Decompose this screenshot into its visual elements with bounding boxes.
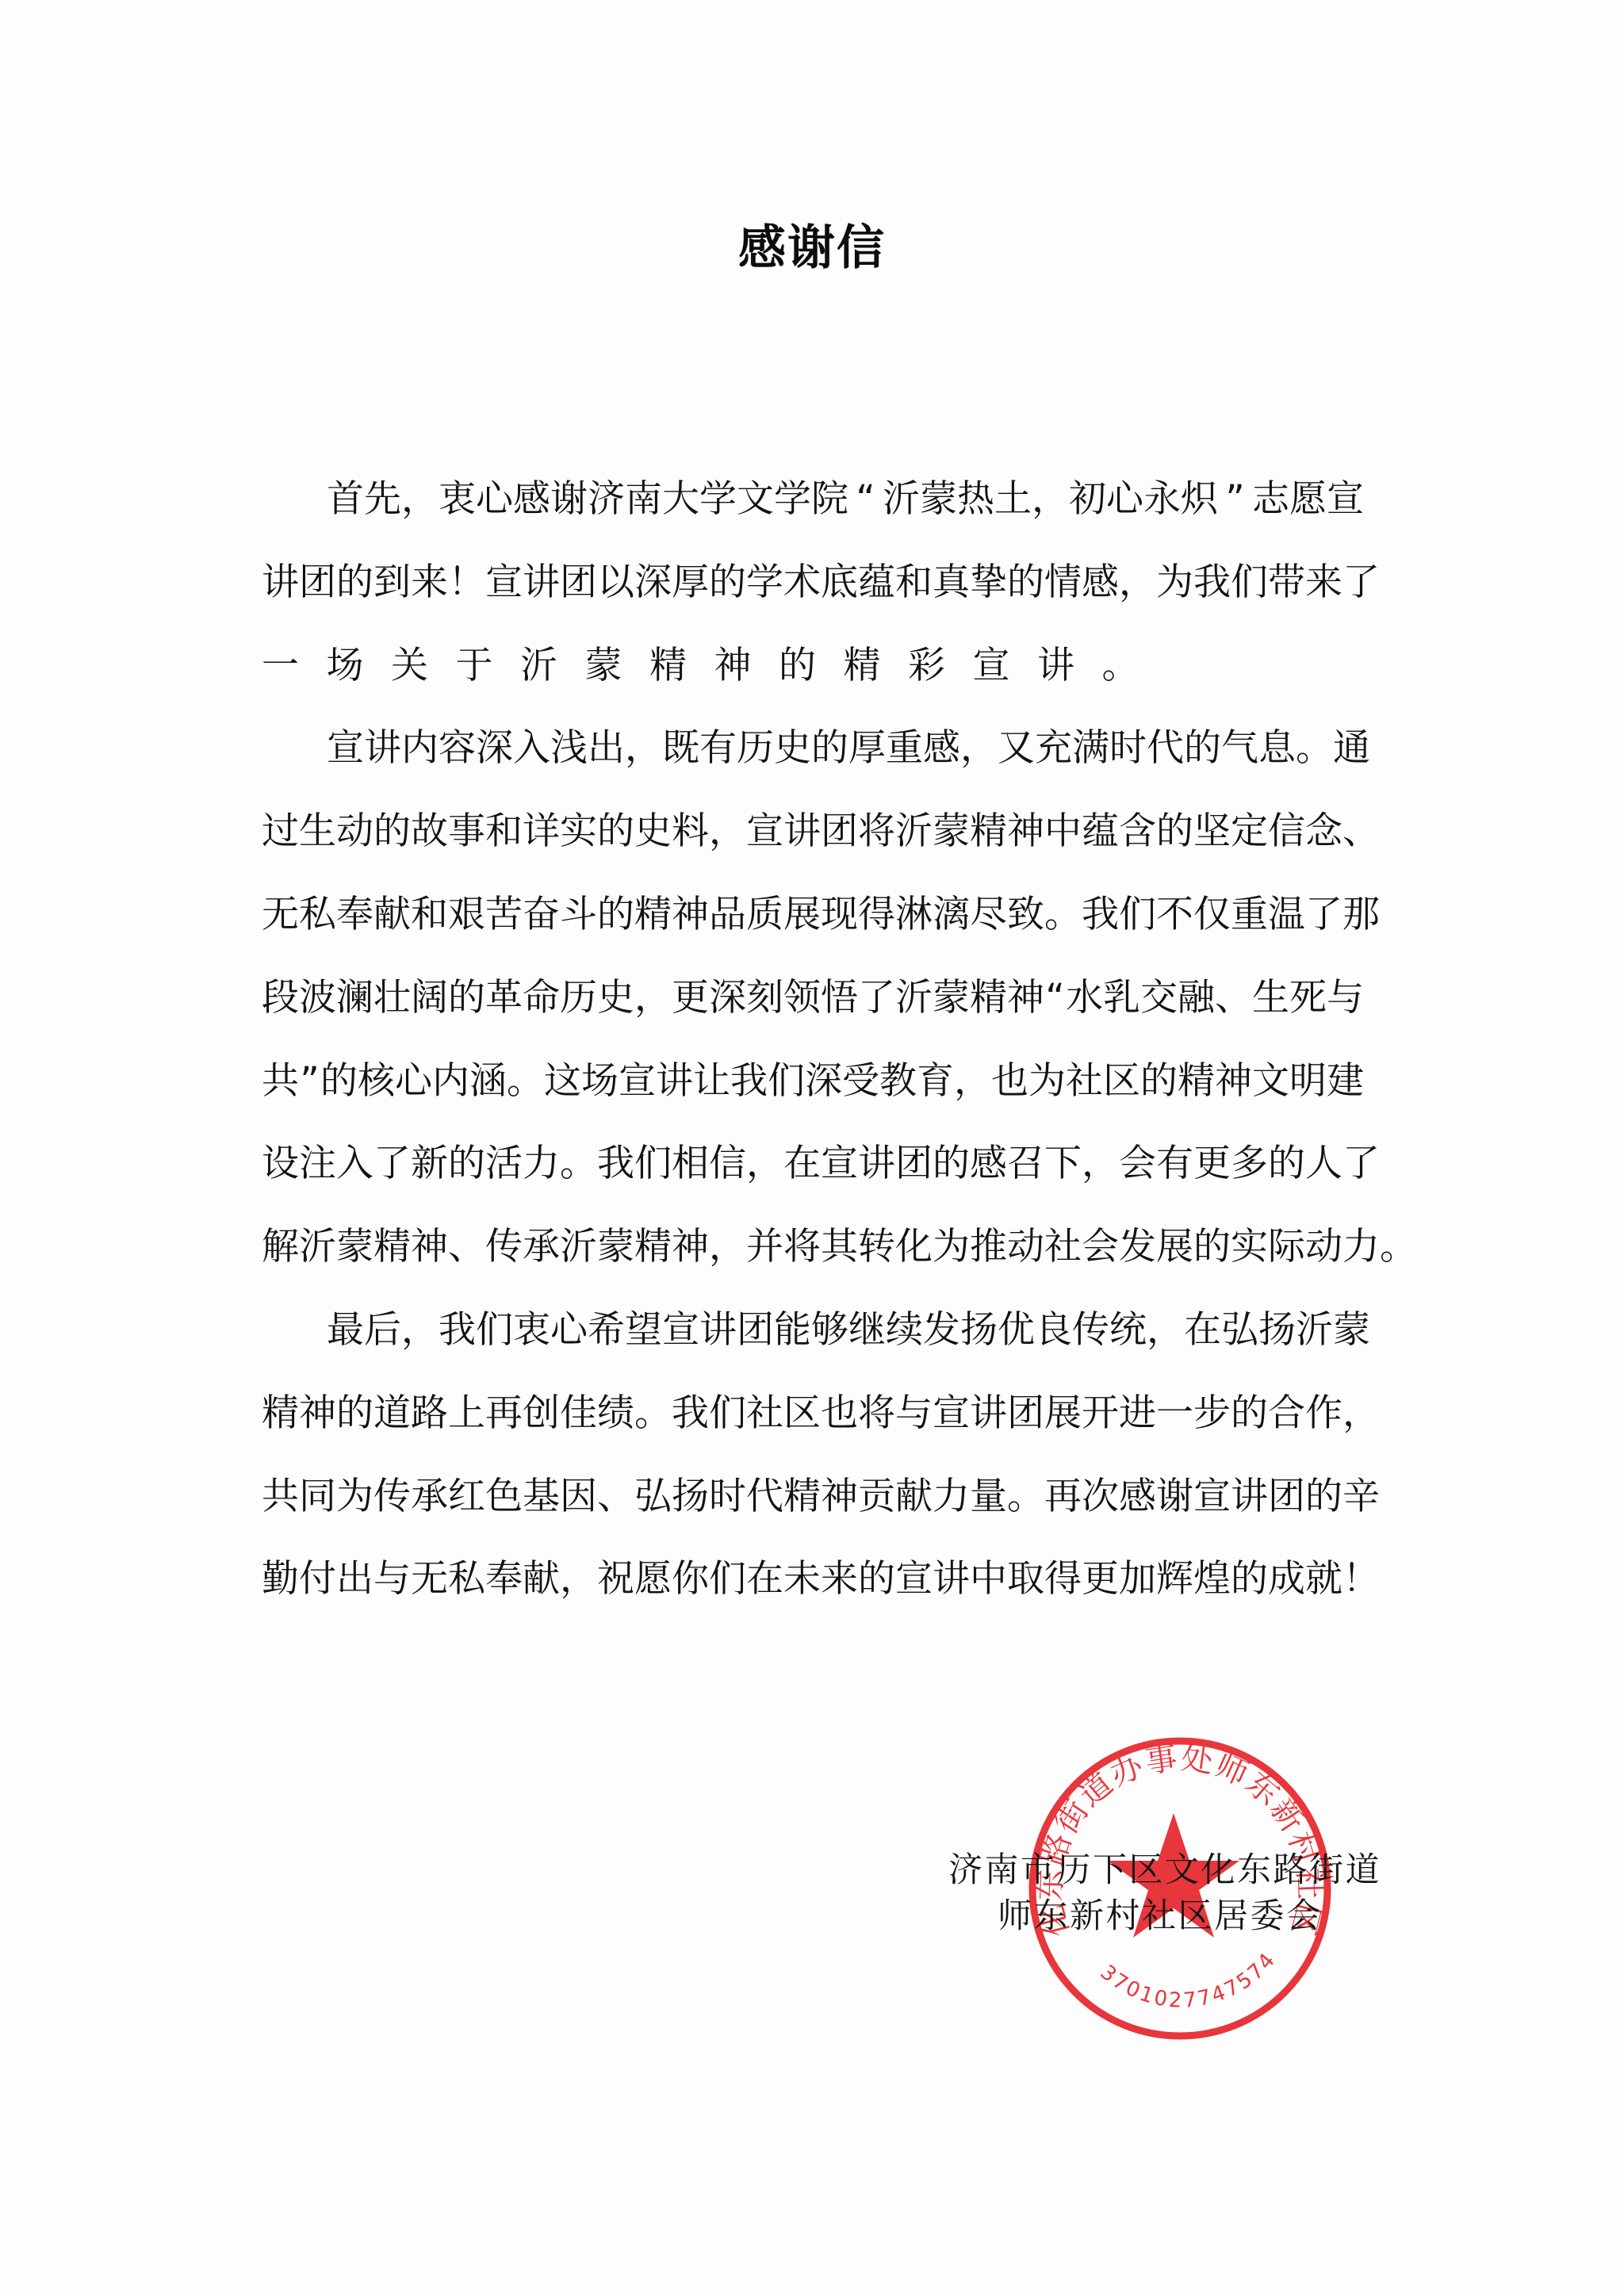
body-char: 神 <box>672 1206 709 1289</box>
body-char: 、 <box>597 1456 634 1539</box>
body-char: 厚 <box>672 541 709 625</box>
body-char: ， <box>746 1123 783 1206</box>
body-char: 续 <box>886 1289 923 1372</box>
body-char: 情 <box>1044 541 1082 625</box>
body-char: 道 <box>373 1372 411 1456</box>
body-char: 步 <box>1193 1372 1231 1456</box>
body-char: 团 <box>821 790 858 874</box>
body-char: 的 <box>1007 541 1044 625</box>
body-char: 艰 <box>448 874 485 957</box>
body-char: 文 <box>1252 1040 1289 1123</box>
body-char: 。 <box>634 1372 672 1456</box>
body-char: 精 <box>373 1206 411 1289</box>
letter-page: 感谢信 首先，衷心感谢济南大学文学院“沂蒙热土，初心永炽”志愿宣 讲团的到来！宣… <box>0 0 1624 2296</box>
body-char: 绩 <box>597 1372 634 1456</box>
body-char: 信 <box>709 1123 746 1206</box>
body-char: 上 <box>448 1372 485 1456</box>
body-char: 愿 <box>1289 458 1327 541</box>
body-char: 团 <box>1268 1456 1305 1539</box>
body-char: 承 <box>523 1206 560 1289</box>
body-char: 入 <box>336 1123 373 1206</box>
body-char: 那 <box>1342 874 1380 957</box>
body-char: 宣 <box>746 790 783 874</box>
body-char: 重 <box>1231 874 1268 957</box>
body-char: 沂 <box>520 625 557 708</box>
body-char: 们 <box>1119 874 1156 957</box>
body-char: 创 <box>523 1372 560 1456</box>
body-char: 和 <box>411 874 448 957</box>
body-char: 弘 <box>634 1456 672 1539</box>
body-char: 蕴 <box>858 541 895 625</box>
body-char: 煌 <box>1193 1538 1231 1621</box>
body-char: ！ <box>448 541 485 625</box>
body-char: 多 <box>1231 1123 1268 1206</box>
body-char: 共 <box>262 1040 299 1123</box>
body-char: 会 <box>1082 1206 1119 1289</box>
body-char: 永 <box>1143 458 1181 541</box>
body-char: 深 <box>634 541 672 625</box>
body-char: 乳 <box>1103 957 1140 1040</box>
body-char: 刻 <box>746 957 783 1040</box>
body-char: 辉 <box>1156 1538 1193 1621</box>
body-line: 段波澜壮阔的革命历史，更深刻领悟了沂蒙精神“水乳交融、生死与 <box>262 957 1364 1040</box>
body-char: 满 <box>1072 707 1109 790</box>
body-char: 讲 <box>970 1372 1007 1456</box>
body-char: 路 <box>411 1372 448 1456</box>
body-char: 动 <box>1305 1206 1342 1289</box>
body-char: ” <box>1218 458 1252 541</box>
body-char: 关 <box>391 625 428 708</box>
body-char: 初 <box>1069 458 1106 541</box>
body-char: 命 <box>523 957 560 1040</box>
body-char: 动 <box>336 790 373 874</box>
body-char: 浅 <box>550 707 588 790</box>
body-char: 感 <box>1119 1456 1156 1539</box>
body-char: 精 <box>970 957 1007 1040</box>
body-char: 宣 <box>821 1123 858 1206</box>
body-char: 扬 <box>1258 1289 1296 1372</box>
body-char: 尽 <box>970 874 1007 957</box>
body-char: 苦 <box>485 874 523 957</box>
body-char: 淋 <box>895 874 933 957</box>
body-char: 建 <box>1327 1040 1364 1123</box>
body-char: 南 <box>625 458 662 541</box>
body-char: 合 <box>1268 1372 1305 1456</box>
body-char: 沂 <box>560 1206 597 1289</box>
body-char: 中 <box>970 1538 1007 1621</box>
body-char: 讲 <box>656 1040 693 1123</box>
body-char: 扬 <box>960 1289 998 1372</box>
body-char: 讲 <box>1037 625 1074 708</box>
body-char: 化 <box>895 1206 933 1289</box>
body-char: 、 <box>448 1206 485 1289</box>
body-char: 的 <box>448 957 485 1040</box>
signature-org-line2: 师东新村社区居委会 <box>948 1893 1313 1939</box>
body-char: 的 <box>1231 1538 1268 1621</box>
body-char: 有 <box>1156 1123 1193 1206</box>
body-char: 现 <box>821 874 858 957</box>
body-char: 也 <box>821 1372 858 1456</box>
body-char: 场 <box>327 625 364 708</box>
body-char: 的 <box>1140 1040 1178 1123</box>
body-char: 温 <box>1268 874 1305 957</box>
body-char: 沂 <box>299 1206 336 1289</box>
body-char: 传 <box>373 1456 411 1539</box>
body-char: 学 <box>774 458 811 541</box>
body-char: 区 <box>1103 1040 1140 1123</box>
body-char: 祝 <box>597 1538 634 1621</box>
body-char: 最 <box>327 1289 364 1372</box>
page-title: 感谢信 <box>0 212 1624 284</box>
body-char: 们 <box>709 1538 746 1621</box>
body-char: 挚 <box>970 541 1007 625</box>
body-char: 发 <box>923 1289 960 1372</box>
body-char: 注 <box>299 1123 336 1206</box>
body-char: 壮 <box>373 957 411 1040</box>
body-char: 会 <box>1119 1123 1156 1206</box>
body-char: 深 <box>476 707 513 790</box>
body-char: 场 <box>581 1040 619 1123</box>
body-char: 希 <box>588 1289 625 1372</box>
body-char: 精 <box>844 625 881 708</box>
body-char: 蒙 <box>933 957 970 1040</box>
body-char: 、 <box>1342 790 1380 874</box>
body-char: 展 <box>1156 1206 1193 1289</box>
letter-body: 首先，衷心感谢济南大学文学院“沂蒙热土，初心永炽”志愿宣 讲团的到来！宣讲团以深… <box>262 458 1364 1621</box>
body-char: 展 <box>783 874 821 957</box>
body-char: 院 <box>811 458 848 541</box>
body-char: 炽 <box>1181 458 1218 541</box>
body-char: 。 <box>1044 874 1082 957</box>
body-char: 明 <box>1289 1040 1327 1123</box>
body-char: 就 <box>1305 1538 1342 1621</box>
body-char: ” <box>299 1040 320 1123</box>
body-char: 弘 <box>1221 1289 1258 1372</box>
body-char: 仅 <box>1193 874 1231 957</box>
body-char: 以 <box>597 541 634 625</box>
body-char: 团 <box>1007 1372 1044 1456</box>
body-char: 领 <box>783 957 821 1040</box>
body-char: 望 <box>625 1289 662 1372</box>
body-char: “ <box>1044 957 1066 1040</box>
body-char: 的 <box>373 790 411 874</box>
body-char: 得 <box>858 874 895 957</box>
body-char: ， <box>560 1538 597 1621</box>
body-char: ， <box>1342 1372 1380 1456</box>
body-char: 良 <box>1035 1289 1072 1372</box>
signature-org-line1: 济南市历下区文化东路街道 <box>948 1847 1313 1893</box>
body-char: 代 <box>746 1456 783 1539</box>
body-char: 的 <box>811 707 848 790</box>
body-char: 代 <box>1147 707 1184 790</box>
body-char: 奉 <box>336 874 373 957</box>
body-char: ， <box>634 957 672 1040</box>
body-char: 详 <box>523 790 560 874</box>
body-line: 最后，我们衷心希望宣讲团能够继续发扬优良传统，在弘扬沂蒙 <box>262 1289 1364 1372</box>
body-char: 共 <box>262 1456 299 1539</box>
body-char: 私 <box>448 1538 485 1621</box>
body-char: 我 <box>672 1372 709 1456</box>
seal-number: 3701027747574 <box>1096 1947 1281 2013</box>
body-char: 充 <box>1035 707 1072 790</box>
body-char: 传 <box>485 1206 523 1289</box>
body-char: 感 <box>1082 541 1119 625</box>
body-char: 未 <box>783 1538 821 1621</box>
body-char: 精 <box>634 874 672 957</box>
body-line: 讲团的到来！宣讲团以深厚的学术底蕴和真挚的情感，为我们带来了 <box>262 541 1364 625</box>
body-char: 再 <box>485 1372 523 1456</box>
body-char: 宣 <box>485 541 523 625</box>
body-char: 转 <box>858 1206 895 1289</box>
body-char: 勤 <box>262 1538 299 1621</box>
body-char: 衷 <box>439 458 476 541</box>
body-char: ， <box>1032 458 1069 541</box>
body-char: 神 <box>299 1372 336 1456</box>
body-char: 文 <box>737 458 774 541</box>
body-char: 愿 <box>634 1538 672 1621</box>
body-char: 和 <box>895 541 933 625</box>
body-char: 活 <box>485 1123 523 1206</box>
body-char: 精 <box>1178 1040 1215 1123</box>
body-char: 底 <box>821 541 858 625</box>
body-char: 了 <box>373 1123 411 1206</box>
body-char: 优 <box>998 1289 1035 1372</box>
body-char: 付 <box>299 1538 336 1621</box>
body-char: 首 <box>327 458 364 541</box>
body-char: 蒙 <box>597 1206 634 1289</box>
body-char: 因 <box>560 1456 597 1539</box>
body-char: 深 <box>805 1040 842 1123</box>
body-char: 交 <box>1140 957 1178 1040</box>
body-char: 进 <box>1119 1372 1156 1456</box>
body-char: 与 <box>1327 957 1364 1040</box>
body-char: 。 <box>1380 1206 1417 1289</box>
body-char: 含 <box>1119 790 1156 874</box>
body-char: 实 <box>1231 1206 1268 1289</box>
body-char: 衷 <box>513 1289 550 1372</box>
body-char: 宣 <box>619 1040 656 1123</box>
body-char: 斗 <box>560 874 597 957</box>
body-char: 为 <box>1156 541 1193 625</box>
body-char: 奉 <box>485 1538 523 1621</box>
body-char: 在 <box>1184 1289 1221 1372</box>
body-char: 实 <box>560 790 597 874</box>
body-char: 。 <box>1296 707 1333 790</box>
body-char: 基 <box>523 1456 560 1539</box>
body-char: 热 <box>957 458 994 541</box>
body-char: 作 <box>1305 1372 1342 1456</box>
body-char: ， <box>709 790 746 874</box>
body-char: 新 <box>411 1123 448 1206</box>
body-char: 私 <box>299 874 336 957</box>
body-char: 历 <box>737 707 774 790</box>
body-char: 展 <box>1044 1372 1082 1456</box>
body-char: 次 <box>1082 1456 1119 1539</box>
body-char: 加 <box>1119 1538 1156 1621</box>
body-char: ， <box>1147 1289 1184 1372</box>
body-char: 漓 <box>933 874 970 957</box>
body-char: 的 <box>597 790 634 874</box>
body-char: 水 <box>1066 957 1103 1040</box>
body-char: 来 <box>821 1538 858 1621</box>
body-char: 。 <box>1102 625 1139 708</box>
body-char: 也 <box>991 1040 1028 1123</box>
body-char: 扬 <box>672 1456 709 1539</box>
body-char: 阔 <box>411 957 448 1040</box>
body-char: 社 <box>1044 1206 1082 1289</box>
body-char: ， <box>960 707 998 790</box>
body-char: 宣 <box>973 625 1010 708</box>
body-char: 志 <box>1252 458 1289 541</box>
signature-block: 济南市历下区文化东路街道 师东新村社区居委会 <box>948 1847 1313 1939</box>
body-char: 后 <box>364 1289 401 1372</box>
body-char: 学 <box>746 541 783 625</box>
body-char: 来 <box>1305 541 1342 625</box>
body-char: 并 <box>746 1206 783 1289</box>
body-char: 定 <box>1231 790 1268 874</box>
body-char: 讲 <box>262 541 299 625</box>
body-char: 的 <box>709 541 746 625</box>
body-char: 心 <box>395 1040 432 1123</box>
body-char: 的 <box>336 1372 373 1456</box>
body-char: 团 <box>737 1289 774 1372</box>
body-char: ， <box>1119 541 1156 625</box>
body-char: 讲 <box>699 1289 737 1372</box>
body-char: 讲 <box>783 790 821 874</box>
body-char: 宣 <box>662 1289 699 1372</box>
body-char: ， <box>954 1040 991 1123</box>
body-char: 讲 <box>523 541 560 625</box>
body-char: ， <box>401 458 439 541</box>
body-char: 开 <box>1082 1372 1119 1456</box>
body-char: 献 <box>895 1456 933 1539</box>
body-char: 了 <box>1342 1123 1380 1206</box>
body-char: 感 <box>513 458 550 541</box>
body-char: 不 <box>1156 874 1193 957</box>
body-line: 无私奉献和艰苦奋斗的精神品质展现得淋漓尽致。我们不仅重温了那 <box>262 874 1364 957</box>
body-char: 精 <box>970 790 1007 874</box>
body-char: 取 <box>1007 1538 1044 1621</box>
body-char: ， <box>401 1289 439 1372</box>
body-char: 故 <box>411 790 448 874</box>
body-char: 死 <box>1289 957 1327 1040</box>
body-char: 宣 <box>933 1372 970 1456</box>
body-line: 勤付出与无私奉献，祝愿你们在未来的宣讲中取得更加辉煌的成就！ <box>262 1538 1364 1621</box>
body-char: 红 <box>448 1456 485 1539</box>
body-char: 的 <box>1156 790 1193 874</box>
body-char: 精 <box>783 1456 821 1539</box>
body-char: 讲 <box>364 707 401 790</box>
body-char: 神 <box>1007 790 1044 874</box>
body-char: 宣 <box>1193 1456 1231 1539</box>
body-char: 传 <box>1072 1289 1109 1372</box>
body-char: 沂 <box>895 790 933 874</box>
body-char: 与 <box>895 1372 933 1456</box>
body-char: 神 <box>411 1206 448 1289</box>
body-char: “ <box>848 458 883 541</box>
body-char: 感 <box>970 1123 1007 1206</box>
body-char: 历 <box>560 957 597 1040</box>
body-char: 的 <box>1193 1206 1231 1289</box>
body-char: 先 <box>364 458 401 541</box>
body-char: 讲 <box>858 1123 895 1206</box>
body-char: 事 <box>448 790 485 874</box>
body-char: 气 <box>1221 707 1258 790</box>
body-char: 将 <box>858 1372 895 1456</box>
body-char: 发 <box>1119 1206 1156 1289</box>
body-char: 大 <box>662 458 699 541</box>
body-char: 生 <box>299 790 336 874</box>
body-char: 色 <box>485 1456 523 1539</box>
body-char: 核 <box>358 1040 395 1123</box>
body-char: 时 <box>1109 707 1147 790</box>
body-char: 致 <box>1007 874 1044 957</box>
body-char: 料 <box>672 790 709 874</box>
body-char: 团 <box>299 541 336 625</box>
body-char: 蒙 <box>920 458 957 541</box>
body-char: 无 <box>262 874 299 957</box>
body-char: 心 <box>1106 458 1143 541</box>
body-char: ！ <box>1342 1538 1380 1621</box>
body-line: 共”的核心内涵。这场宣讲让我们深受教育，也为社区的精神文明建 <box>262 1040 1364 1123</box>
body-char: 成 <box>1268 1538 1305 1621</box>
body-char: 精 <box>649 625 687 708</box>
body-char: 。 <box>1007 1456 1044 1539</box>
body-char: 的 <box>779 625 816 708</box>
body-char: 中 <box>1044 790 1082 874</box>
body-char: 们 <box>476 1289 513 1372</box>
body-char: 设 <box>262 1123 299 1206</box>
body-char: 辛 <box>1342 1456 1380 1539</box>
body-char: 内 <box>432 1040 469 1123</box>
body-char: 更 <box>1193 1123 1231 1206</box>
body-char: 的 <box>597 874 634 957</box>
body-char: 更 <box>1082 1538 1119 1621</box>
body-char: 为 <box>1028 1040 1066 1123</box>
body-char: 们 <box>709 1372 746 1456</box>
body-char: 神 <box>821 1456 858 1539</box>
body-char: 于 <box>456 625 493 708</box>
body-line: 设注入了新的活力。我们相信，在宣讲团的感召下，会有更多的人了 <box>262 1123 1364 1206</box>
body-char: 我 <box>1082 874 1119 957</box>
body-char: 我 <box>439 1289 476 1372</box>
body-char: 的 <box>933 1123 970 1206</box>
body-char: 学 <box>699 458 737 541</box>
body-char: 得 <box>1044 1538 1082 1621</box>
body-char: 过 <box>262 790 299 874</box>
body-char: 品 <box>709 874 746 957</box>
body-char: 融 <box>1178 957 1215 1040</box>
body-char: 社 <box>1066 1040 1103 1123</box>
body-char: ， <box>1082 1123 1119 1206</box>
body-char: 既 <box>662 707 699 790</box>
body-char: 史 <box>774 707 811 790</box>
body-char: 力 <box>933 1456 970 1539</box>
body-char: 的 <box>448 1123 485 1206</box>
body-char: 、 <box>1215 957 1252 1040</box>
body-char: 将 <box>783 1206 821 1289</box>
body-line: 过生动的故事和详实的史料，宣讲团将沂蒙精神中蕴含的坚定信念、 <box>262 790 1364 874</box>
body-char: 革 <box>485 957 523 1040</box>
body-char: 蒙 <box>1333 1289 1370 1372</box>
body-char: 深 <box>709 957 746 1040</box>
body-char: 神 <box>1215 1040 1252 1123</box>
body-char: 了 <box>1305 874 1342 957</box>
body-char: 承 <box>411 1456 448 1539</box>
body-char: 的 <box>1305 1456 1342 1539</box>
body-char: 一 <box>262 625 299 708</box>
body-char: 波 <box>299 957 336 1040</box>
